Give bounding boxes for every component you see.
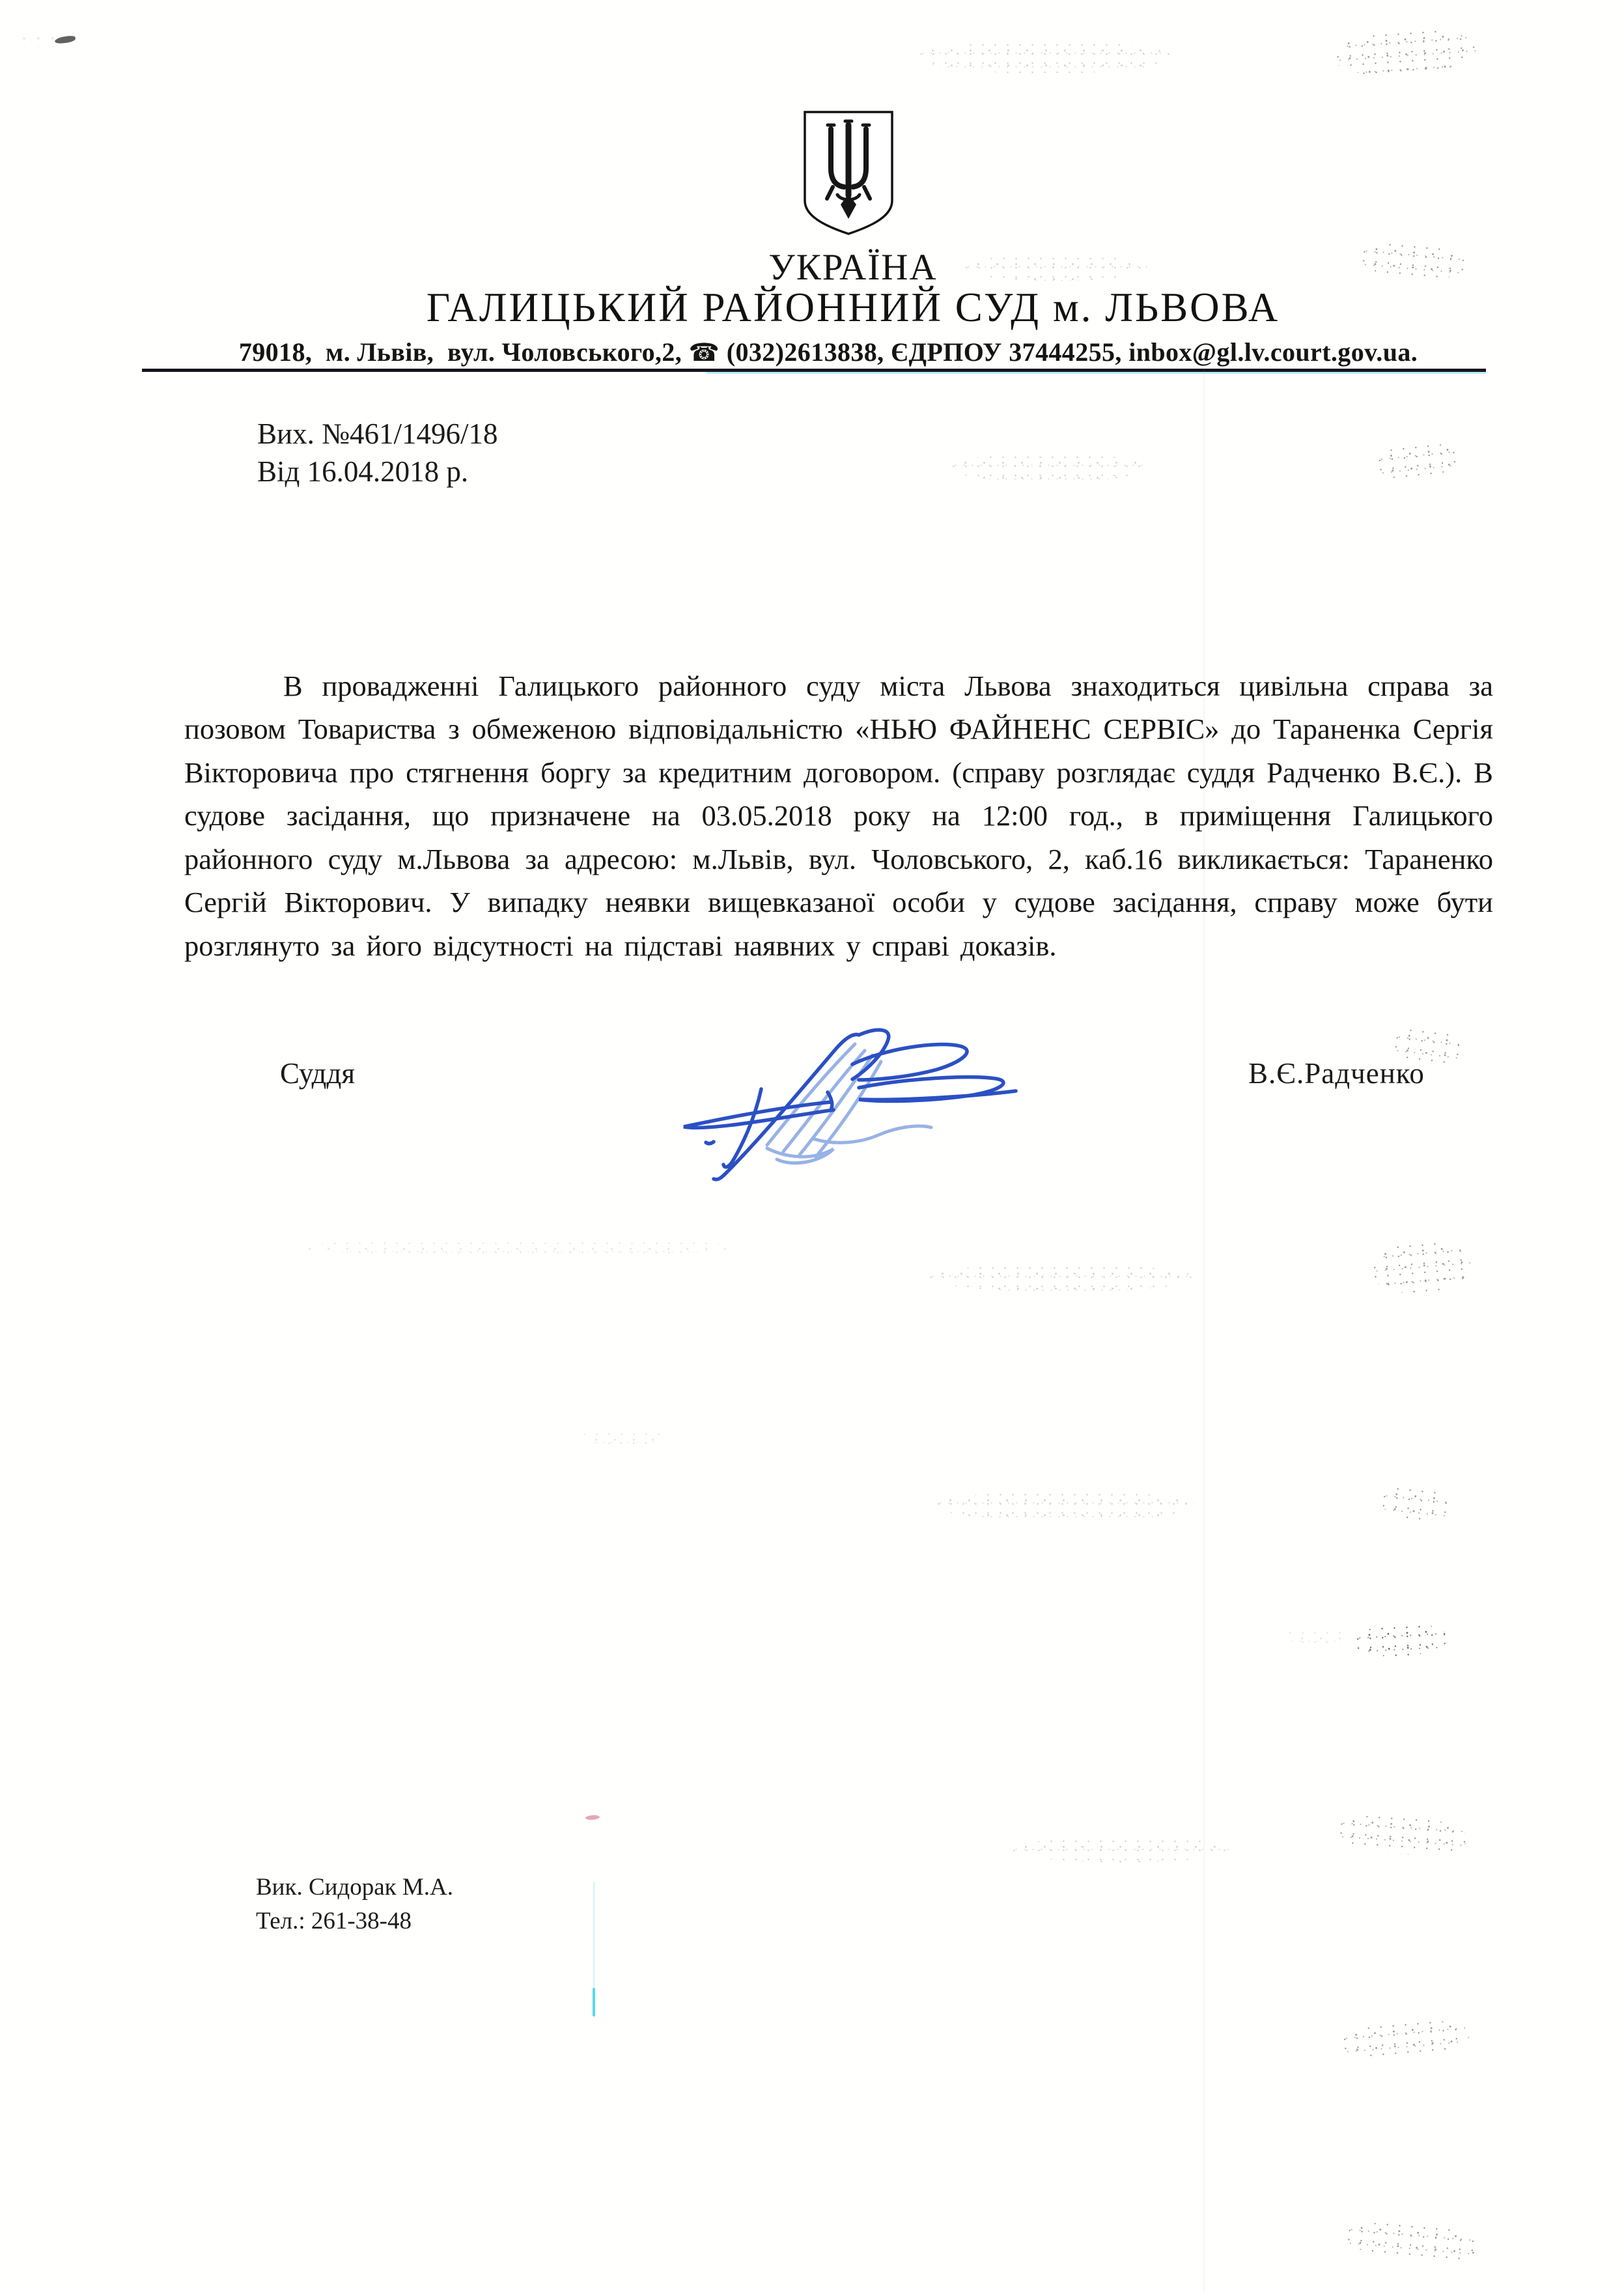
document-date: Від 16.04.2018 р. (257, 455, 468, 488)
notice-paragraph: В провадженні Галицького районного суду … (184, 664, 1493, 968)
scan-artifact (578, 1430, 669, 1445)
scan-line-artifact (593, 1988, 595, 2016)
scan-artifact (1284, 1628, 1347, 1645)
scan-artifact (292, 1239, 748, 1256)
court-address-line: 79018, м. Львів, вул. Чоловського,2, ☎ (… (239, 337, 1418, 367)
ukraine-trident-emblem-icon (801, 109, 896, 237)
scan-artifact (1334, 1810, 1470, 1860)
executor-line: Вик. Сидорак М.А. (256, 1873, 453, 1901)
scan-artifact (1377, 1482, 1457, 1524)
scan-line-artifact (1203, 352, 1205, 2292)
address-suffix: (032)2613838, ЄДРПОУ 37444255, inbox@gl.… (720, 337, 1418, 367)
scan-artifact (1330, 24, 1479, 81)
scan-artifact (925, 1264, 1198, 1292)
phone-icon: ☎ (689, 338, 720, 367)
executor-phone: Тел.: 261-38-48 (256, 1907, 412, 1935)
scan-artifact (960, 254, 1149, 281)
judge-signature (663, 1015, 1029, 1192)
outgoing-number: Вих. №461/1496/18 (257, 417, 498, 451)
scan-artifact (915, 40, 1175, 74)
scan-artifact (17, 34, 59, 47)
scan-artifact (932, 1490, 1199, 1521)
scanned-letter-page: УКРАЇНА ГАЛИЦЬКИЙ РАЙОННИЙ СУД м. ЛЬВОВА… (0, 0, 1624, 2292)
scan-artifact (947, 453, 1149, 483)
scan-artifact (1337, 2015, 1473, 2064)
scan-artifact (1356, 238, 1468, 285)
scan-artifact (1341, 2216, 1483, 2267)
scan-artifact (1367, 1236, 1476, 1299)
country-title: УКРАЇНА (768, 246, 937, 289)
letterhead-divider (142, 369, 1486, 372)
court-title: ГАЛИЦЬКИЙ РАЙОННИЙ СУД м. ЛЬВОВА (427, 284, 1280, 332)
scan-line-artifact (593, 1882, 595, 1988)
scan-artifact (585, 1815, 600, 1820)
address-prefix: 79018, м. Львів, вул. Чоловського,2, (239, 337, 689, 367)
scan-artifact (1008, 1837, 1236, 1863)
judge-role-label: Суддя (280, 1056, 355, 1090)
scan-artifact (1372, 438, 1461, 483)
scan-artifact (1351, 1620, 1451, 1660)
judge-name: В.Є.Радченко (1248, 1056, 1425, 1090)
